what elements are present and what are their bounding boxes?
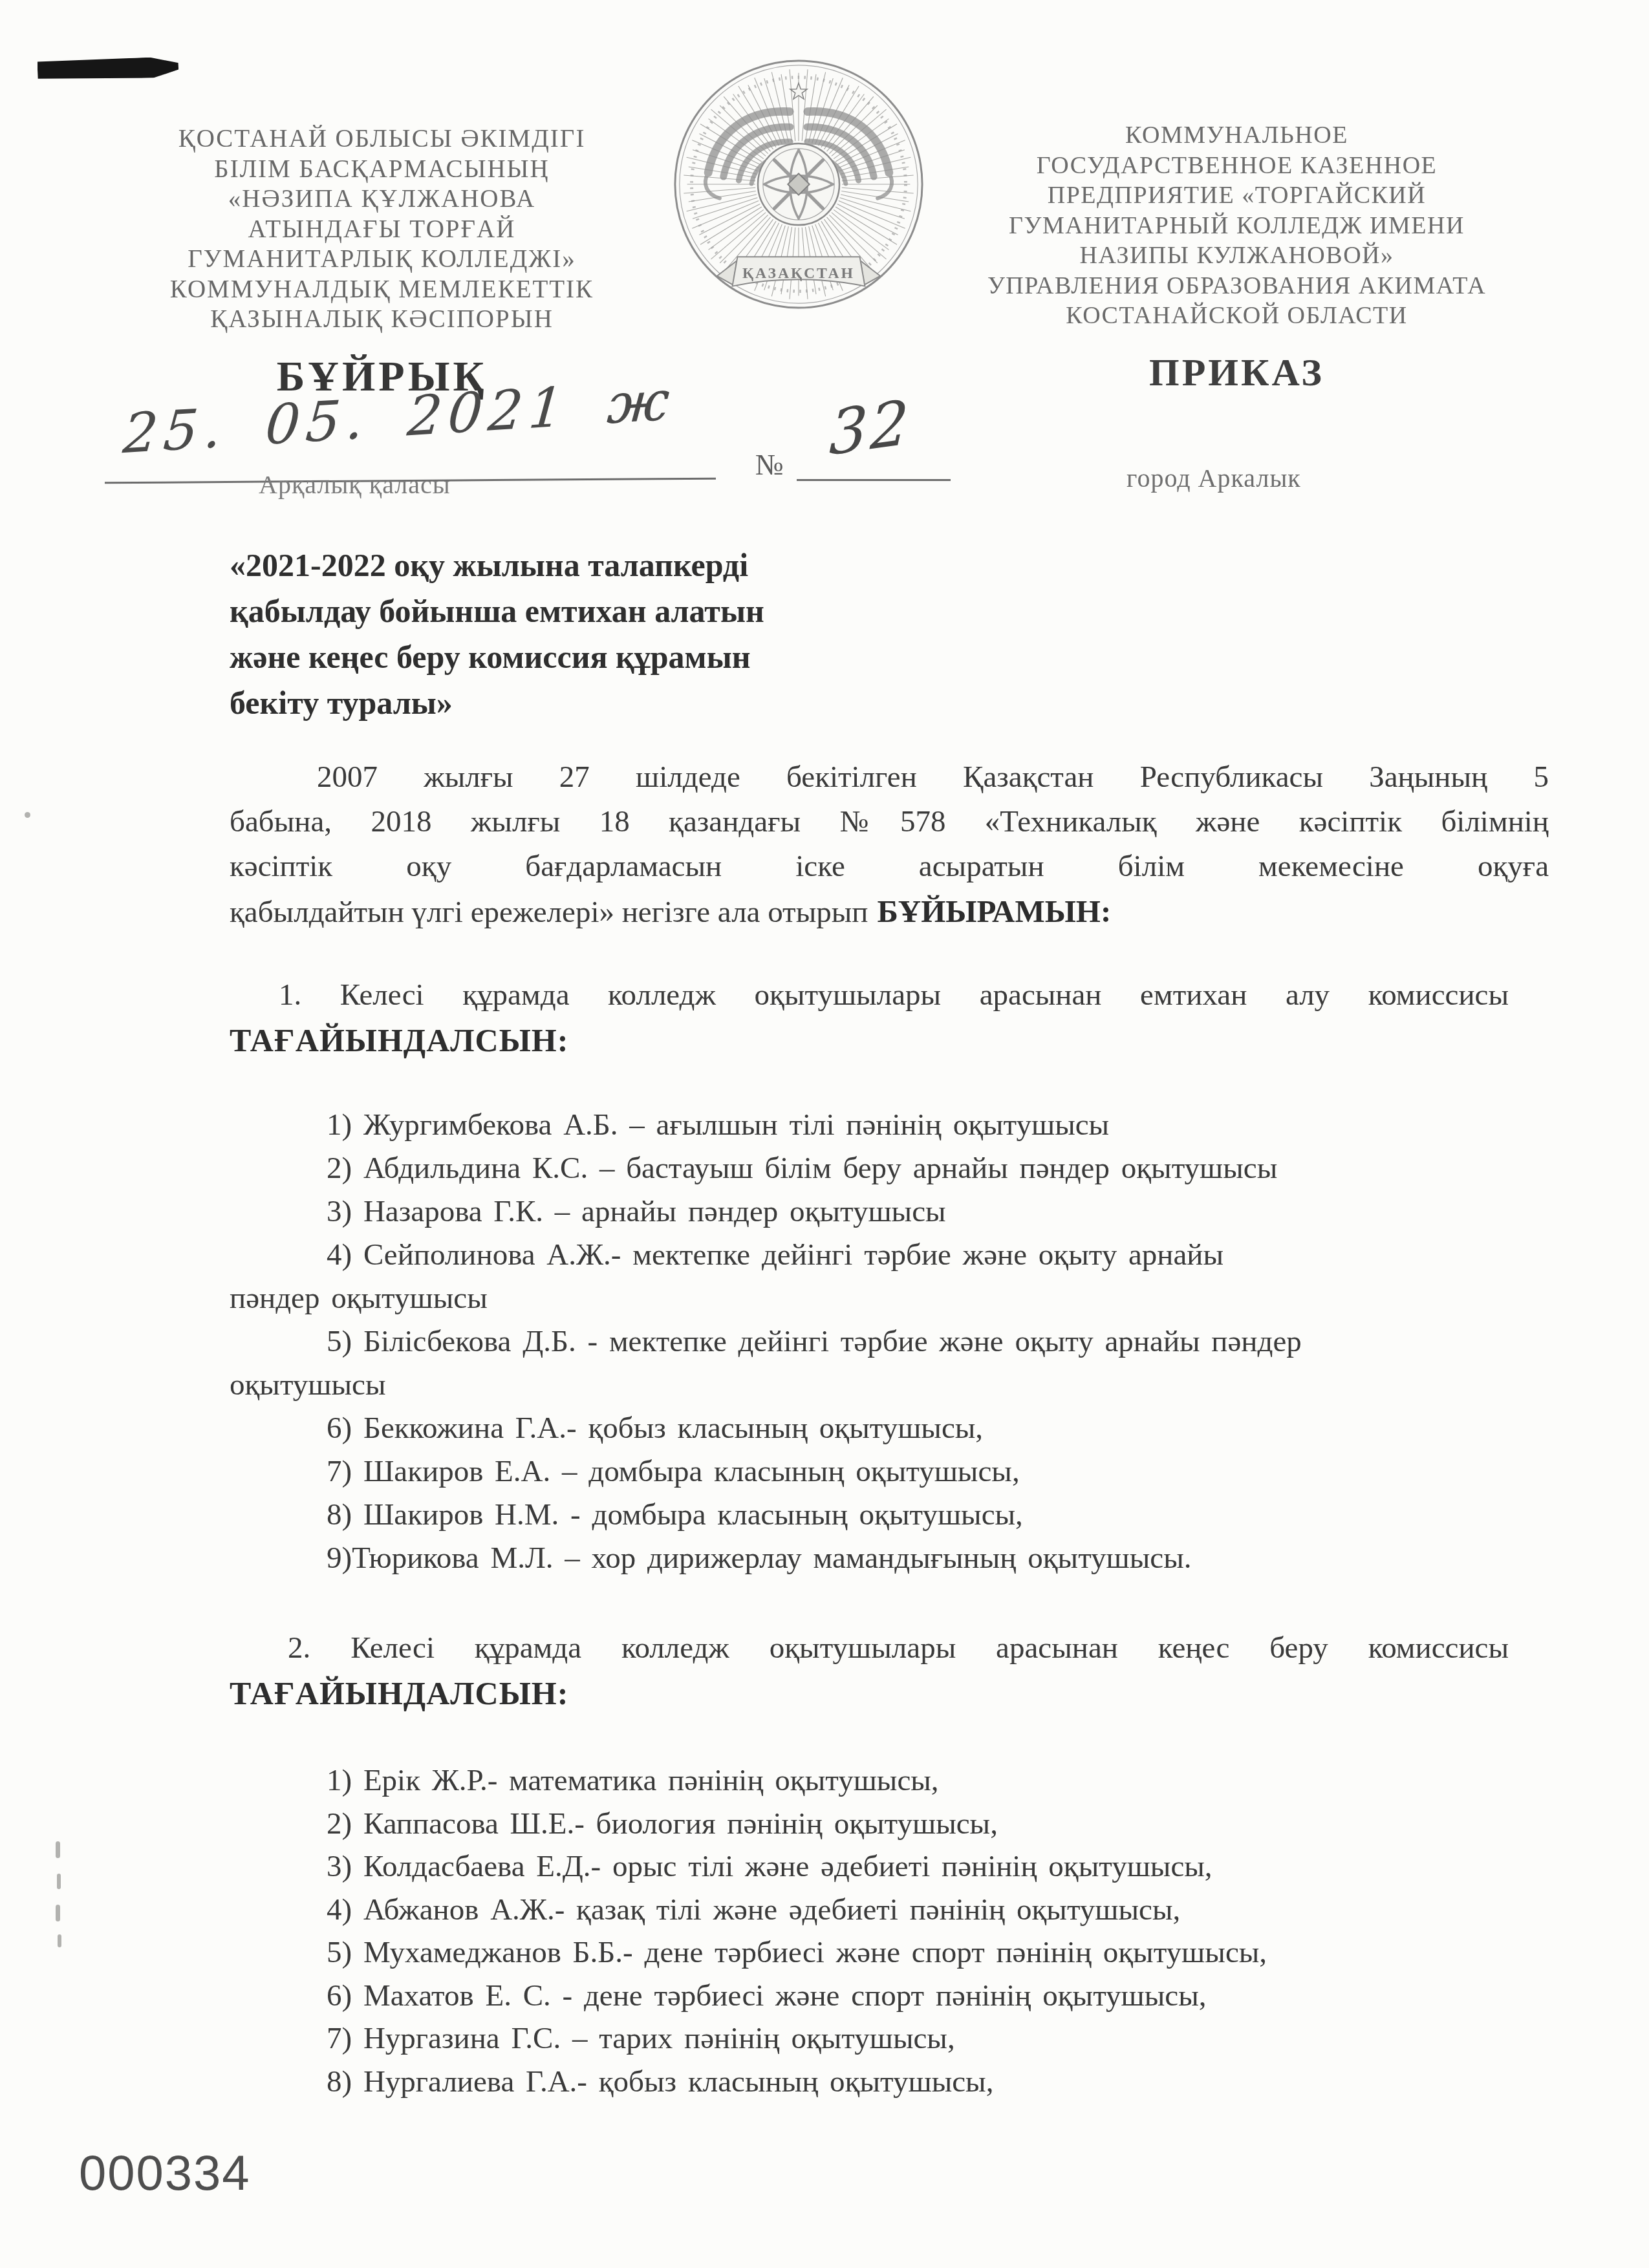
section-2-intro: 2. Келесі құрамда колледж оқытушылары ар… — [230, 1625, 1509, 1716]
advisory-commission-list: 1) Ерік Ж.Р.- математика пәнінің оқытушы… — [230, 1759, 1555, 2103]
list-item: 6) Беккожина Г.А.- қобыз класының оқытуш… — [230, 1407, 1555, 1450]
org-name-russian: КОММУНАЛЬНОЕ ГОСУДАРСТВЕННОЕ КАЗЕННОЕ ПР… — [921, 120, 1552, 331]
subject-line: бекіту туралы» — [230, 680, 915, 726]
scanned-order-document: ҚОСТАНАЙ ОБЛЫСЫ ӘКІМДІГІ БІЛІМ БАСҚАРМАС… — [0, 0, 1649, 2268]
list-item: 8) Нургалиева Г.А.- қобыз класының оқыту… — [230, 2060, 1555, 2104]
list-item: 8) Шакиров Н.М. - домбыра класының оқыту… — [230, 1493, 1555, 1537]
org-line: КОММУНАЛДЫҚ МЕМЛЕКЕТТІК — [109, 275, 655, 305]
preamble-line: 2007 жылғы 27 шілдеде бекітілген Қазақст… — [230, 755, 1549, 800]
preamble-line: бабына, 2018 жылғы 18 қазандағы №578 «Те… — [230, 800, 1549, 844]
list-item: 1) Ерік Ж.Р.- математика пәнінің оқытушы… — [230, 1759, 1555, 1803]
scan-speck — [57, 1874, 61, 1889]
place-russian: город Аркалык — [1126, 463, 1301, 493]
list-item: 4) Абжанов А.Ж.- қазақ тілі және әдебиет… — [230, 1888, 1555, 1932]
org-line: ГОСУДАРСТВЕННОЕ КАЗЕННОЕ — [921, 151, 1552, 181]
order-title-russian: ПРИКАЗ — [921, 350, 1552, 395]
exam-commission-list: 1) Жургимбекова А.Б. – ағылшын тілі пәні… — [230, 1104, 1555, 1580]
list-item: 7) Нургазина Г.С. – тарих пәнінің оқытуш… — [230, 2017, 1555, 2060]
list-item-continuation: пәндер оқытушысы — [230, 1277, 1555, 1320]
list-item-continuation: оқытушысы — [230, 1364, 1555, 1407]
scan-speck — [58, 1934, 61, 1947]
place-kazakh: Арқалық қаласы — [259, 469, 451, 500]
list-item: 4) Сейполинова А.Ж.- мектепке дейінгі тә… — [230, 1234, 1555, 1277]
org-line: ҚОСТАНАЙ ОБЛЫСЫ ӘКІМДІГІ — [109, 124, 655, 155]
org-line: АТЫНДАҒЫ ТОРҒАЙ — [109, 215, 655, 245]
org-line: КОММУНАЛЬНОЕ — [921, 120, 1552, 151]
org-line: «НӘЗИПА ҚҰЛЖАНОВА — [109, 184, 655, 215]
preamble-last-line: қабылдайтын үлгі ережелері» негізге ала … — [230, 889, 1549, 935]
org-line: ГУМАНИТАРЛЫҚ КОЛЛЕДЖІ» — [109, 244, 655, 275]
number-sign: № — [755, 447, 784, 482]
list-item: 6) Махатов Е. С. - дене тәрбиесі және сп… — [230, 1974, 1555, 2018]
org-line: БІЛІМ БАСҚАРМАСЫНЫҢ — [109, 155, 655, 185]
preamble-line: кәсіптік оқу бағдарламасын іске асыратын… — [230, 844, 1549, 889]
list-item: 1) Жургимбекова А.Б. – ағылшын тілі пәні… — [230, 1104, 1555, 1147]
order-subject: «2021-2022 оқу жылына талапкерді қабылда… — [230, 542, 915, 726]
preamble-line-text: қабылдайтын үлгі ережелері» негізге ала … — [230, 895, 868, 929]
scan-speck — [56, 1841, 60, 1858]
section-heading-bold: ТАҒАЙЫНДАЛСЫН: — [230, 1018, 1509, 1063]
section-1-intro: 1. Келесі құрамда колледж оқытушылары ар… — [230, 972, 1509, 1063]
subject-line: «2021-2022 оқу жылына талапкерді — [230, 542, 915, 588]
emblem-caption-text: ҚАЗАҚСТАН — [742, 265, 855, 282]
list-item: 5) Мухамеджанов Б.Б.- дене тәрбиесі және… — [230, 1931, 1555, 1974]
org-line: КОСТАНАЙСКОЙ ОБЛАСТИ — [921, 301, 1552, 331]
list-item: 2) Каппасова Ш.Е.- биология пәнінің оқыт… — [230, 1803, 1555, 1846]
org-line: НАЗИПЫ КУЛЖАНОВОЙ» — [921, 241, 1552, 271]
list-item: 9)Тюрикова М.Л. – хор дирижерлау маманды… — [230, 1537, 1555, 1580]
list-item: 5) Білісбекова Д.Б. - мектепке дейінгі т… — [230, 1320, 1555, 1364]
subject-line: және кеңес беру комиссия құрамын — [230, 634, 915, 680]
org-line: ҚАЗЫНАЛЫҚ КӘСІПОРЫН — [109, 305, 655, 335]
org-line: ГУМАНИТАРНЫЙ КОЛЛЕДЖ ИМЕНИ — [921, 211, 1552, 241]
org-line: ПРЕДПРИЯТИЕ «ТОРГАЙСКИЙ — [921, 180, 1552, 211]
subject-line: қабылдау бойынша емтихан алатын — [230, 588, 915, 634]
kazakhstan-state-emblem: ҚАЗАҚСТАН — [671, 57, 926, 312]
scan-artifact-bar — [38, 57, 179, 81]
section-intro-line: 2. Келесі құрамда колледж оқытушылары ар… — [230, 1625, 1509, 1671]
list-item: 3) Колдасбаева Е.Д.- орыс тілі және әдеб… — [230, 1845, 1555, 1888]
order-verb-bold: БҰЙЫРАМЫН: — [877, 893, 1111, 929]
list-item: 7) Шакиров Е.А. – домбыра класының оқыту… — [230, 1450, 1555, 1493]
handwritten-order-number: 32 — [828, 387, 912, 469]
list-item: 3) Назарова Г.К. – арнайы пәндер оқытушы… — [230, 1190, 1555, 1234]
section-heading-bold: ТАҒАЙЫНДАЛСЫН: — [230, 1671, 1509, 1716]
scan-speck — [56, 1905, 60, 1921]
page-stamp-number: 000334 — [79, 2145, 251, 2201]
scan-speck — [25, 812, 30, 818]
list-item: 2) Абдильдина К.С. – бастауыш білім беру… — [230, 1147, 1555, 1190]
preamble: 2007 жылғы 27 шілдеде бекітілген Қазақст… — [230, 755, 1549, 935]
number-underline — [797, 479, 951, 481]
org-line: УПРАВЛЕНИЯ ОБРАЗОВАНИЯ АКИМАТА — [921, 271, 1552, 301]
org-name-kazakh: ҚОСТАНАЙ ОБЛЫСЫ ӘКІМДІГІ БІЛІМ БАСҚАРМАС… — [109, 124, 655, 335]
section-intro-line: 1. Келесі құрамда колледж оқытушылары ар… — [230, 972, 1509, 1018]
